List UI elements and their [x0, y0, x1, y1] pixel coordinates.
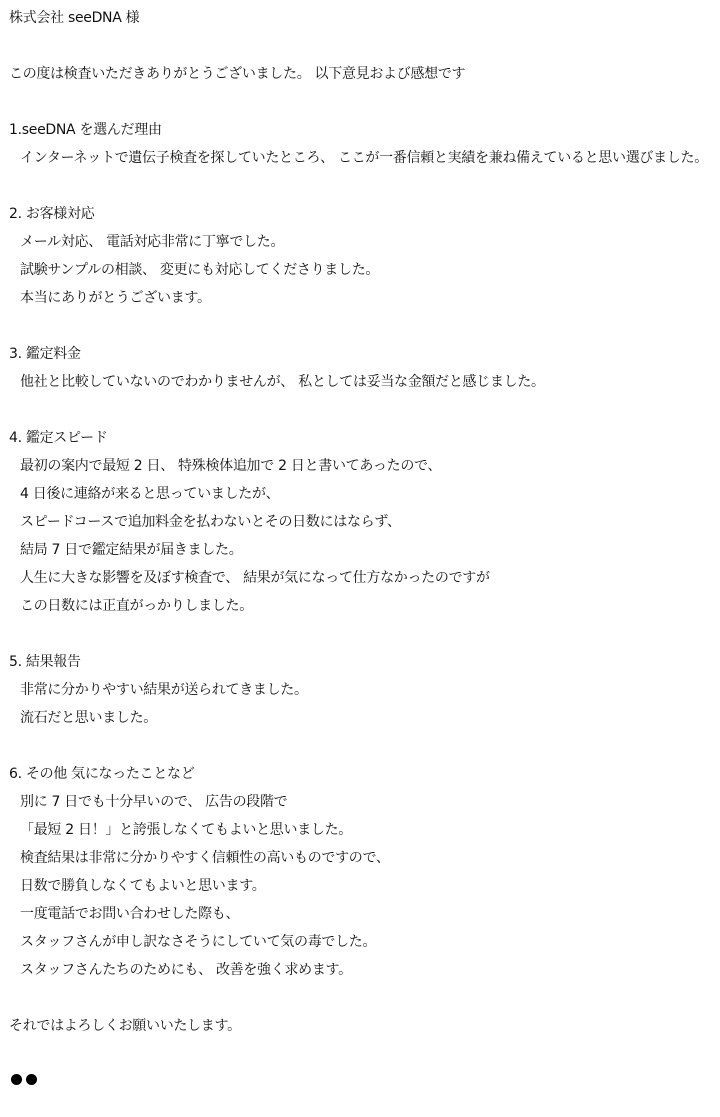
- section-line: メール対応、 電話対応非常に丁寧でした。: [20, 232, 284, 252]
- section-heading-reason: 1.seeDNA を選んだ理由: [9, 120, 162, 140]
- section-line: 結局 7 日で鑑定結果が届きました。: [20, 540, 242, 560]
- addressee: 株式会社 seeDNA 様: [9, 8, 139, 28]
- mask-dot-icon: [26, 1074, 37, 1085]
- section-heading-report: 5. 結果報告: [9, 652, 81, 672]
- section-line: 人生に大きな影響を及ぼす検査で、 結果が気になって仕方なかったのですが: [20, 568, 490, 588]
- section-heading-other: 6. その他 気になったことなど: [9, 764, 194, 784]
- section-line: スピードコースで追加料金を払わないとその日数にはならず、: [20, 512, 401, 532]
- section-line: インターネットで遺伝子検査を探していたところ、 ここが一番信頼と実績を兼ね備えて…: [20, 148, 708, 168]
- section-line: 他社と比較していないのでわかりませんが、 私としては妥当な金額だと感じました。: [20, 372, 545, 392]
- section-heading-speed: 4. 鑑定スピード: [9, 428, 108, 448]
- intro-text: この度は検査いただきありがとうございました。 以下意見および感想です: [9, 64, 465, 84]
- section-line: 本当にありがとうございます。: [20, 288, 211, 308]
- section-line: この日数には正直がっかりしました。: [20, 596, 253, 616]
- section-line: 日数で勝負しなくてもよいと思います。: [20, 876, 265, 896]
- section-line: 4 日後に連絡が来ると思っていましたが、: [20, 484, 279, 504]
- section-line: 別に 7 日でも十分早いので、 広告の段階で: [20, 792, 287, 812]
- feedback-letter: 株式会社 seeDNA 様 この度は検査いただきありがとうございました。 以下意…: [0, 0, 720, 1117]
- section-line: スタッフさんたちのためにも、 改善を強く求めます。: [20, 960, 352, 980]
- section-line: 「最短 2 日！」と誇張しなくてもよいと思いました。: [20, 820, 352, 840]
- section-heading-customer-service: 2. お客様対応: [9, 204, 94, 224]
- mask-dot-icon: [11, 1074, 22, 1085]
- signature-masked: [11, 1074, 37, 1085]
- section-line: スタッフさんが申し訳なさそうにしていて気の毒でした。: [20, 932, 376, 952]
- section-line: 最初の案内で最短 2 日、 特殊検体追加で 2 日と書いてあったので、: [20, 456, 441, 476]
- section-line: 流石だと思いました。: [20, 708, 157, 728]
- section-line: 検査結果は非常に分かりやすく信頼性の高いものですので、: [20, 848, 390, 868]
- section-line: 一度電話でお問い合わせした際も、: [20, 904, 239, 924]
- closing-text: それではよろしくお願いいたします。: [9, 1016, 241, 1036]
- section-line: 非常に分かりやすい結果が送られてきました。: [20, 680, 308, 700]
- section-heading-fee: 3. 鑑定料金: [9, 344, 81, 364]
- section-line: 試験サンプルの相談、 変更にも対応してくださりました。: [20, 260, 379, 280]
